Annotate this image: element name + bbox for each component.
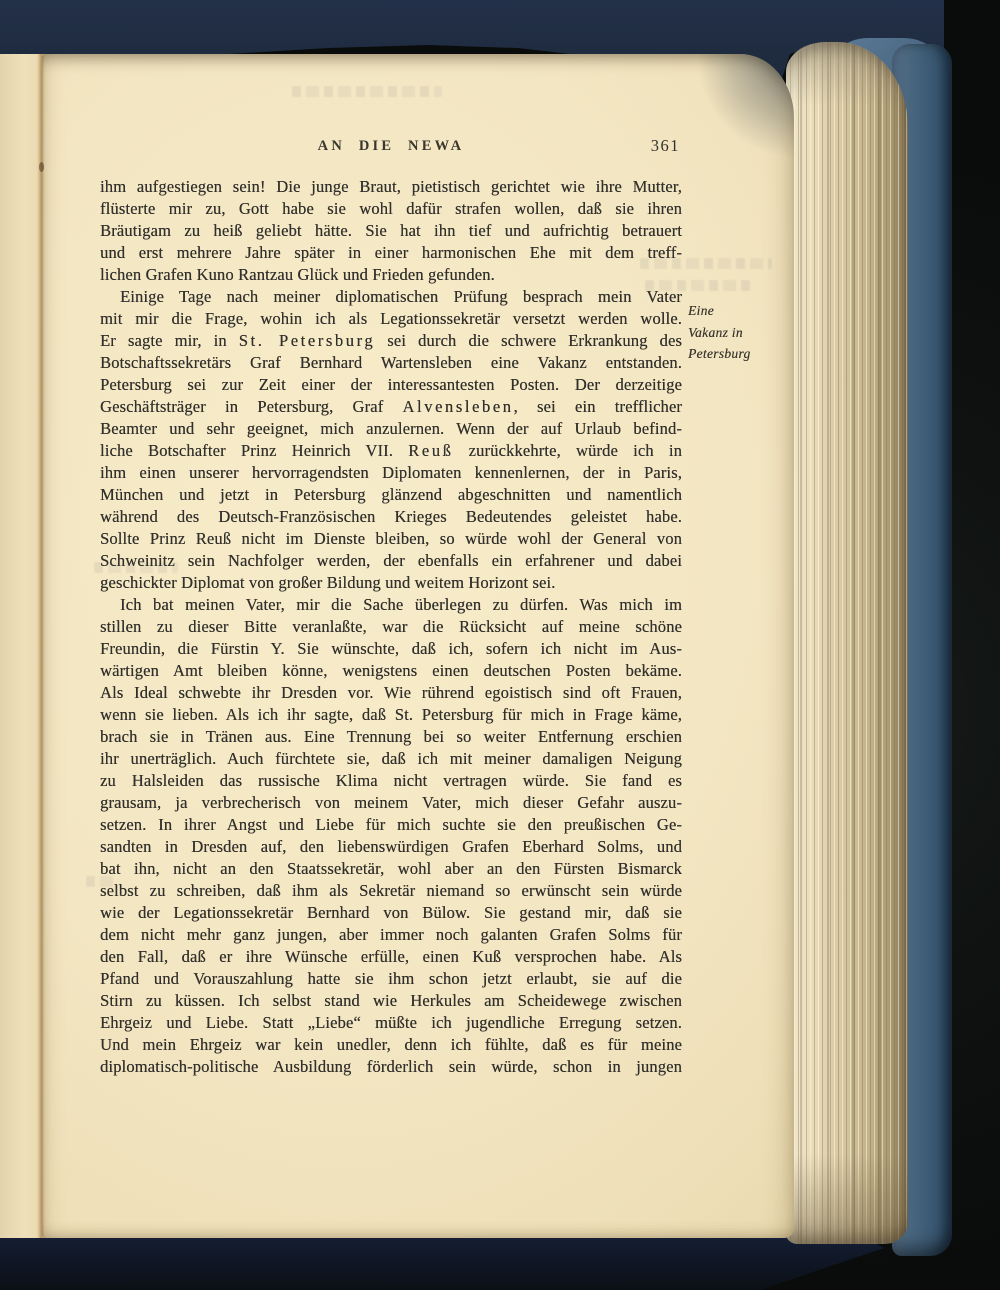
text-line: Geschäftsträger in Petersburg, Graf Alve…: [100, 396, 682, 418]
margin-note: Eine Vakanz in Petersburg: [688, 300, 800, 365]
book-cover-bottom-edge: [0, 1230, 884, 1290]
text-line: Und mein Ehrgeiz war kein unedler, denn …: [100, 1034, 682, 1056]
text-line: ihm aufgestiegen sein! Die junge Braut, …: [100, 176, 682, 198]
text-line: sandten in Dresden auf, den liebenswürdi…: [100, 836, 682, 858]
text-line: Einige Tage nach meiner diplomatischen P…: [100, 286, 682, 308]
margin-note-line: Petersburg: [688, 343, 800, 365]
text-line: selbst zu schreiben, daß ihm als Sekretä…: [100, 880, 682, 902]
body-text: ihm aufgestiegen sein! Die junge Braut, …: [100, 176, 682, 1078]
text-line: ihr unerträglich. Auch fürchtete sie, da…: [100, 748, 682, 770]
margin-note-line: Eine: [688, 300, 800, 322]
text-line: Ehrgeiz und Liebe. Statt „Liebe“ müßte i…: [100, 1012, 682, 1034]
margin-note-line: Vakanz in: [688, 322, 800, 344]
page-number: 361: [651, 136, 680, 156]
text-line: bat ihn, nicht an den Staatssekretär, wo…: [100, 858, 682, 880]
text-line: liche Botschafter Prinz Heinrich VII. Re…: [100, 440, 682, 462]
text-line: brach sie in Tränen aus. Eine Trennung b…: [100, 726, 682, 748]
text-line: Bräutigam zu heiß geliebt hätte. Sie hat…: [100, 220, 682, 242]
show-through-mark: [292, 86, 442, 97]
text-line: den Fall, daß er ihre Wünsche erfülle, e…: [100, 946, 682, 968]
paper-blemish: [39, 162, 44, 172]
text-line: München und jetzt in Petersburg glänzend…: [100, 484, 682, 506]
text-line: diplomatisch-politische Ausbildung förde…: [100, 1056, 682, 1078]
text-line: grausam, ja verbrecherisch von meinem Va…: [100, 792, 682, 814]
page-title: AN DIE NEWA: [100, 138, 682, 155]
text-line: Botschaftssekretärs Graf Bernhard Warten…: [100, 352, 682, 374]
text-line: stillen zu dieser Bitte veranlaßte, war …: [100, 616, 682, 638]
left-page-sliver: [0, 54, 44, 1238]
letterspaced-name: Alvensleben: [402, 397, 513, 416]
book-page: AN DIE NEWA 361 ihm aufgestiegen sein! D…: [42, 54, 794, 1238]
text-line: zu Halsleiden das russische Klima nicht …: [100, 770, 682, 792]
text-line: geschickter Diplomat von großer Bildung …: [100, 572, 682, 594]
text-line: Petersburg sei zur Zeit einer der intere…: [100, 374, 682, 396]
text-line: Stirn zu küssen. Ich selbst stand wie He…: [100, 990, 682, 1012]
text-line: Er sagte mir, in St. Petersburg sei durc…: [100, 330, 682, 352]
text-line: dem nicht mehr ganz jungen, aber immer n…: [100, 924, 682, 946]
book-fore-edge-pages: [786, 42, 908, 1244]
text-line: wenn sie lieben. Als ich ihr sagte, daß …: [100, 704, 682, 726]
text-line: wie der Legationssekretär Bernhard von B…: [100, 902, 682, 924]
text-line: lichen Grafen Kuno Rantzau Glück und Fri…: [100, 264, 682, 286]
letterspaced-name: St. Petersburg: [239, 331, 375, 350]
text-line: Pfand und Vorauszahlung hatte sie ihm sc…: [100, 968, 682, 990]
text-line: und erst mehrere Jahre später in einer h…: [100, 242, 682, 264]
book-photo: AN DIE NEWA 361 ihm aufgestiegen sein! D…: [0, 0, 1000, 1290]
text-line: flüsterte mir zu, Gott habe sie wohl daf…: [100, 198, 682, 220]
text-line: mit mir die Frage, wohin ich als Legatio…: [100, 308, 682, 330]
text-line: Schweinitz sein Nachfolger werden, der e…: [100, 550, 682, 572]
text-line: wärtigen Amt bleiben könne, wenigstens e…: [100, 660, 682, 682]
text-line: setzen. In ihrer Angst und Liebe für mic…: [100, 814, 682, 836]
text-line: Sollte Prinz Reuß nicht im Dienste bleib…: [100, 528, 682, 550]
running-head: AN DIE NEWA 361: [100, 138, 682, 160]
text-line: Beamter und sehr geeignet, mich anzulern…: [100, 418, 682, 440]
letterspaced-name: Reuß: [408, 441, 453, 460]
text-line: Ich bat meinen Vater, mir die Sache über…: [100, 594, 682, 616]
text-line: ihm einen unserer hervorragendsten Diplo…: [100, 462, 682, 484]
text-line: während des Deutsch-Französischen Kriege…: [100, 506, 682, 528]
text-line: Freundin, die Fürstin Y. Sie wünschte, d…: [100, 638, 682, 660]
text-line: Als Ideal schwebte ihr Dresden vor. Wie …: [100, 682, 682, 704]
